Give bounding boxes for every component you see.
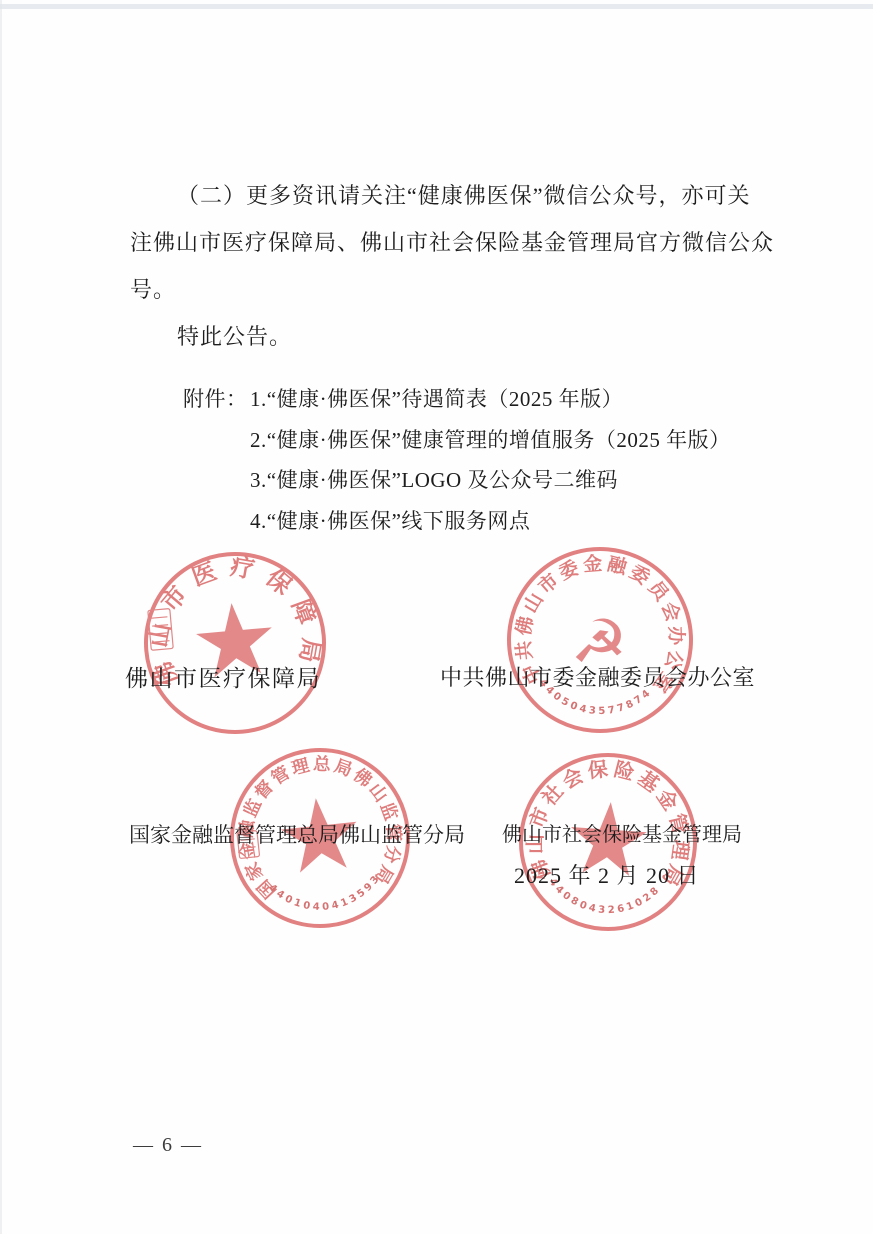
attachment-row: 附件：1.“健康·佛医保”待遇简表（2025 年版） [183,379,803,420]
signature-medical-bureau: 佛山市医疗保障局 [125,660,321,693]
page-number: — 6 — [133,1134,203,1157]
scan-edge-left [0,0,2,1234]
attachments-label: 附件： [183,379,250,420]
document-date: 2025 年 2 月 20 日 [514,859,700,890]
signature-financial-regulator: 国家金融监督管理总局佛山监管分局 [129,819,465,849]
paragraph-line: 注佛山市医疗保障局、佛山市社会保险基金管理局官方微信公众 [130,219,770,266]
scan-edge-top [0,4,873,9]
attachment-item: 3.“健康·佛医保”LOGO 及公众号二维码 [183,460,803,501]
official-seal-medical-bureau: 佛山市医疗保障局 [127,535,344,752]
closing-line: 特此公告。 [130,313,770,360]
paragraph-line: 号。 [130,266,770,313]
attachments-block: 附件：1.“健康·佛医保”待遇简表（2025 年版） 2.“健康·佛医保”健康管… [183,379,803,541]
paragraph-line: （二）更多资讯请关注“健康佛医保”微信公众号，亦可关 [130,172,770,219]
official-seal-finance-committee: 中共佛山市委金融委员会办公室 ☭ 4405043577874 [492,532,709,749]
document-page: （二）更多资讯请关注“健康佛医保”微信公众号，亦可关 注佛山市医疗保障局、佛山市… [0,0,873,1234]
attachment-item: 1.“健康·佛医保”待遇简表（2025 年版） [250,387,623,411]
attachment-item: 2.“健康·佛医保”健康管理的增值服务（2025 年版） [183,420,803,461]
attachment-item: 4.“健康·佛医保”线下服务网点 [183,501,803,542]
signature-finance-committee: 中共佛山市委金融委员会办公室 [440,661,755,692]
body-paragraph: （二）更多资讯请关注“健康佛医保”微信公众号，亦可关 注佛山市医疗保障局、佛山市… [130,172,770,360]
signature-social-insurance: 佛山市社会保险基金管理局 [502,818,742,847]
